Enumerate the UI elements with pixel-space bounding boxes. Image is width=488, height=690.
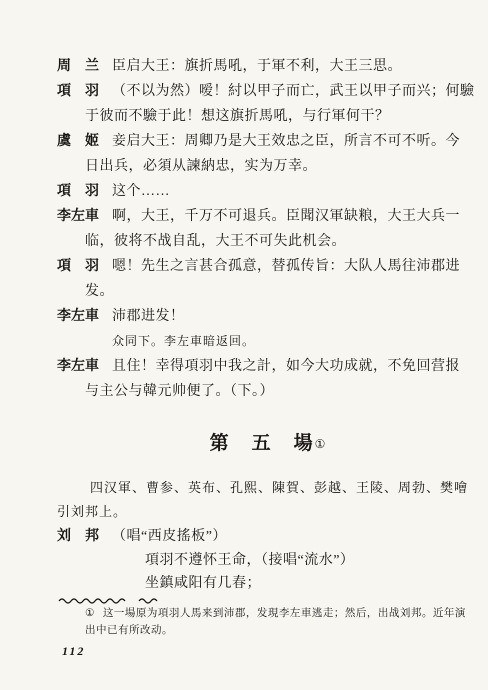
dialogue-line: 李左車且住！幸得項羽中我之計，如今大功成就，不免回营报 与主公与韓元帅便了。（下… [57, 354, 478, 404]
scene-heading-text: 第 五 場 [210, 433, 315, 454]
footnote: ①这一場原为項羽人馬来到沛郡，发現李左車逃走；然后，出战刘邦。近年演 出中已有所… [85, 605, 478, 639]
speech-text: 臣启大王：旗折馬吼，于軍不利，大王三思。 [112, 59, 402, 74]
script-book-page: 周 兰臣启大王：旗折馬吼，于軍不利，大王三思。 項 羽（不以为然）嗳！紂以甲子而… [0, 0, 488, 690]
speech-text: （不以为然）嗳！紂以甲子而亡，武王以甲子而兴；何驗 于彼而不驗于此！想这旗折馬吼… [85, 84, 475, 124]
dialogue-line: 項 羽这个…… [57, 179, 478, 204]
speech-text: 嗯！先生之言甚合孤意，替孤传旨：大队人馬往沛郡进 发。 [85, 259, 460, 299]
speaker-name: 李左車 [57, 304, 112, 329]
dialogue-line: 刘 邦（唱“西皮搖板”） [57, 524, 478, 549]
speaker-name: 項 羽 [57, 179, 112, 204]
speech-text: （唱“西皮搖板”） [112, 529, 227, 544]
dialogue-line: 項 羽嗯！先生之言甚合孤意，替孤传旨：大队人馬往沛郡进 发。 [57, 254, 478, 304]
stage-direction-crowd-exit: 众同下。李左車暗返回。 [112, 329, 478, 354]
dialogue-line: 李左車啊，大王，千万不可退兵。臣聞汉軍缺粮，大王大兵一 临，彼将不战自乱，大王不… [57, 204, 478, 254]
speech-text: 沛郡进发！ [112, 309, 185, 324]
speaker-name: 刘 邦 [57, 524, 112, 549]
stage-direction-cast-entrance: 四汉軍、曹参、英布、孔熙、陳賀、彭越、王陵、周勃、樊噲 引刘邦上。 [57, 476, 478, 524]
speaker-name: 項 羽 [57, 79, 112, 104]
scene-heading: 第 五 場① [57, 430, 478, 458]
dialogue-line: 周 兰臣启大王：旗折馬吼，于軍不利，大王三思。 [57, 54, 478, 79]
speech-text: 妾启大王：周卿乃是大王效忠之臣，所言不可不听。今 日出兵，必須从諫納忠，实为万幸… [85, 134, 460, 174]
speaker-name: 項 羽 [57, 254, 112, 279]
speaker-name: 周 兰 [57, 54, 112, 79]
footnote-separator-squiggle [57, 597, 167, 605]
footnote-reference-mark: ① [315, 437, 326, 451]
speech-text: 且住！幸得項羽中我之計，如今大功成就，不免回营报 与主公与韓元帅便了。（下。） [85, 359, 460, 399]
song-lyric-lines: 項羽不遵怀王命，（接唱“流水”） 坐鎮咸阳有几春； [145, 549, 478, 595]
dialogue-line: 李左車沛郡进发！ [57, 304, 478, 329]
dialogue-line: 虞 姬妾启大王：周卿乃是大王效忠之臣，所言不可不听。今 日出兵，必須从諫納忠，实… [57, 129, 478, 179]
dialogue-line: 項 羽（不以为然）嗳！紂以甲子而亡，武王以甲子而兴；何驗 于彼而不驗于此！想这旗… [57, 79, 478, 129]
speaker-name: 虞 姬 [57, 129, 112, 154]
speaker-name: 李左車 [57, 204, 112, 229]
footnote-text: 这一場原为項羽人馬来到沛郡，发現李左車逃走；然后，出战刘邦。近年演 出中已有所改… [85, 608, 466, 636]
page-number: 112 [62, 644, 85, 659]
footnote-marker: ① [85, 605, 95, 622]
speech-text: 这个…… [112, 184, 170, 199]
speech-text: 啊，大王，千万不可退兵。臣聞汉軍缺粮，大王大兵一 临，彼将不战自乱，大王不可失此… [85, 209, 460, 249]
speaker-name: 李左車 [57, 354, 112, 379]
